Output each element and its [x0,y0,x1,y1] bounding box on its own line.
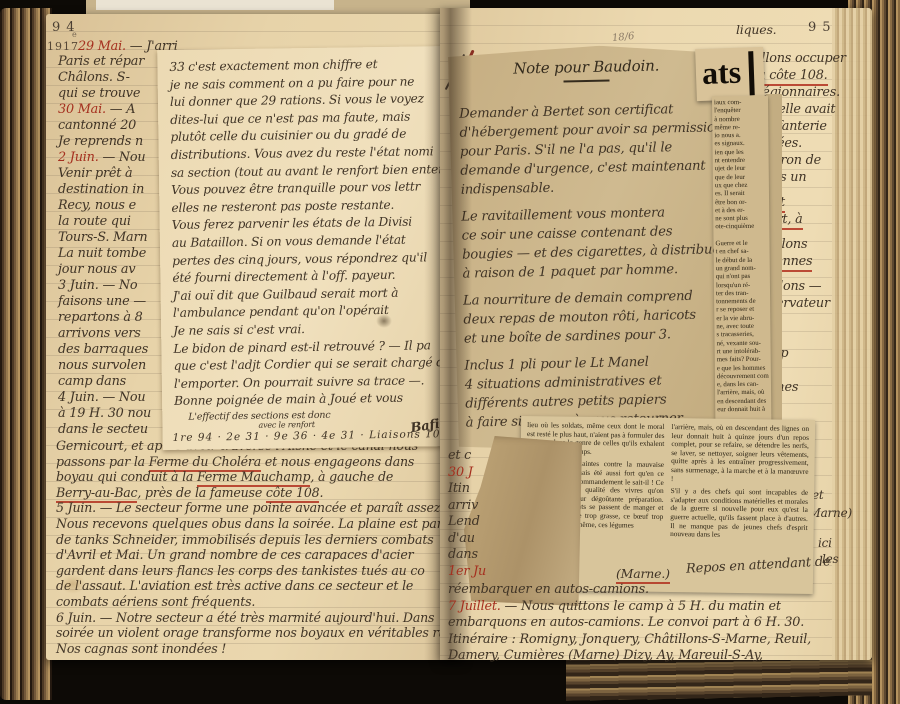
handwriting-line: à 19 H. 30 nou [58,406,151,422]
right-page: 95 liques. 18/6 allons occuperla côte 10… [440,8,872,660]
inserted-sheet-edge [96,0,334,10]
handwriting-line: arrivons vers [58,326,151,342]
handwriting-line: Paris et répar [58,54,151,70]
pencil-date: 18/6 [611,31,634,44]
handwriting-line: dans le secteu [58,422,151,438]
news-line: eur donnait huit à [717,406,769,415]
news-clipping-headline: ats [695,47,765,101]
handwriting-line: passons par la Ferme du Choléra et nous … [56,454,477,470]
handwriting-line: d'Avril et Mai. Un grand nombre de ces c… [56,547,477,563]
letter-lines: 33 c'est exactement mon chiffre etje ne … [169,55,456,411]
handwriting-line: Châlons. S- [58,70,151,86]
news-paragraph: l'arrière, mais, où en descendant des li… [671,423,809,485]
handwriting-line: 2 Juin. — Nou [58,150,151,166]
handwriting-line: jour nous av [58,262,151,278]
handwriting-line: Itinéraire : Romigny, Jonquery, Châtillo… [448,632,811,649]
handwriting-line: embarquons en autos-camions. Le convoi p… [448,615,811,632]
handwriting-line: de tanks Schneider, immobilisés depuis l… [56,532,477,548]
journal-left-column: et c30 JItinarrivLendd'audans1er Ju [448,448,486,580]
handwriting-line: destination in [58,182,151,198]
handwriting-line: allons occuper [754,50,846,67]
handwriting-line: combats aériens sont fréquents. [56,594,477,610]
handwriting-line: la route qui [58,214,151,230]
handwriting-line: de l'assaut. L'aviation est très active … [56,578,477,594]
handwriting-line: camp dans [58,374,151,390]
handwriting-line: soirée un violent orage transforme nos b… [56,625,477,641]
handwriting-line: des barraques [58,342,151,358]
entry-date: 29 Mai. [78,39,126,54]
handwriting-line: cantonné 20 [58,118,151,134]
news-line: découvrement com- [717,373,769,382]
news-column: iaux com-l'enquêterà nombremême re-io no… [714,99,769,415]
handwriting-line: qui se trouve [58,86,151,102]
title-underline [563,80,609,83]
handwriting-line: 30 Mai. — A [58,102,151,118]
handwriting-line: Recy, nous e [58,198,151,214]
handwriting-line: Je reprends n [58,134,151,150]
handwriting-line: 4 Juin. — Nou [58,390,151,406]
note-lines: Demander à Bertet son certificatd'héberg… [459,99,730,432]
handwriting-line: Venir prêt à [58,166,151,182]
page-stamp: e [72,30,77,39]
handwriting-line: Itin [448,481,486,498]
left-page: 94 e 1917 29 Mai. — J'arri Paris et répa… [46,14,462,660]
handwriting-line: 3 Juin. — No [58,278,151,294]
handwriting-line: repartons à 8 [58,310,151,326]
handwriting-line: d'au [448,531,486,548]
side-fragment-ici: ici [818,536,832,550]
journal-margin-column: Paris et réparChâlons. S-qui se trouve30… [58,54,151,438]
handwriting-line: Berry-au-Bac, près de la fameuse côte 10… [56,485,477,501]
effectif-note: avec le renfort [258,420,315,430]
handwriting-line: 7 Juillet. — Nous quittons le camp à 5 H… [448,599,811,616]
handwriting-line: 5 Juin. — Le secteur forme une pointe av… [56,500,477,516]
handwriting-line: Nous recevons quelques obus dans la soir… [56,516,477,532]
journal-bottom-lines: réembarquer en autos-camions.7 Juillet. … [448,582,811,665]
handwriting-line: Nos cagnas sont inondées ! [56,641,477,657]
news-line: né, vexante sou- [717,339,769,348]
page-number-right: 95 [808,20,837,35]
handwriting-line: réembarquer en autos-camions. [448,582,811,599]
effectif-row: 1re 94 · 2e 31 · 9e 36 · 4e 31 · Liaison… [173,428,441,444]
handwriting-line: arriv [448,498,486,515]
news-paragraph: S'il y a des chefs qui sont incapables d… [670,487,808,540]
handwriting-line: dans [448,547,486,564]
handwriting-line: faisons une — [58,294,151,310]
pasted-letter: 33 c'est exactement mon chiffre etje ne … [157,46,465,450]
handwriting-line: Tours-S. Marn [58,230,151,246]
journal-scan-photo: 94 e 1917 29 Mai. — J'arri Paris et répa… [0,0,900,704]
note-pour-baudoin: Note pour Baudoin. Demander à Bertet son… [448,43,732,453]
page-stack-left-edge [0,8,52,700]
letter-line: Bonne poignée de main à Joué et vous [174,389,457,411]
handwriting-line: et c [448,448,486,465]
handwriting-line: la côte 108. [754,67,846,84]
handwriting-line: 6 Juin. — Notre secteur a été très marmi… [56,610,477,626]
handwriting-line: 1er Ju [448,564,486,581]
handwriting-line: Damery, Cumières (Marne) Dizy, Ay, Mareu… [448,648,811,665]
top-fragment: liques. [736,22,776,37]
handwriting-line: La nuit tombe [58,246,151,262]
handwriting-line: gardent dans leurs flancs les corps des … [56,563,477,579]
journal-body-lines: Gernicourt, et après avoir traversé l'Ai… [56,438,477,656]
note-title: Note pour Baudoin. [448,55,724,79]
margin-year-label: 1917 [47,40,79,53]
handwriting-line: 30 J [448,465,486,482]
handwriting-line: boyau qui conduit à la Ferme Mauchamp, à… [56,469,477,485]
underlined-place: (Marne.) [616,566,670,581]
handwriting-line: Lend [448,514,486,531]
handwriting-line: nous survolen [58,358,151,374]
